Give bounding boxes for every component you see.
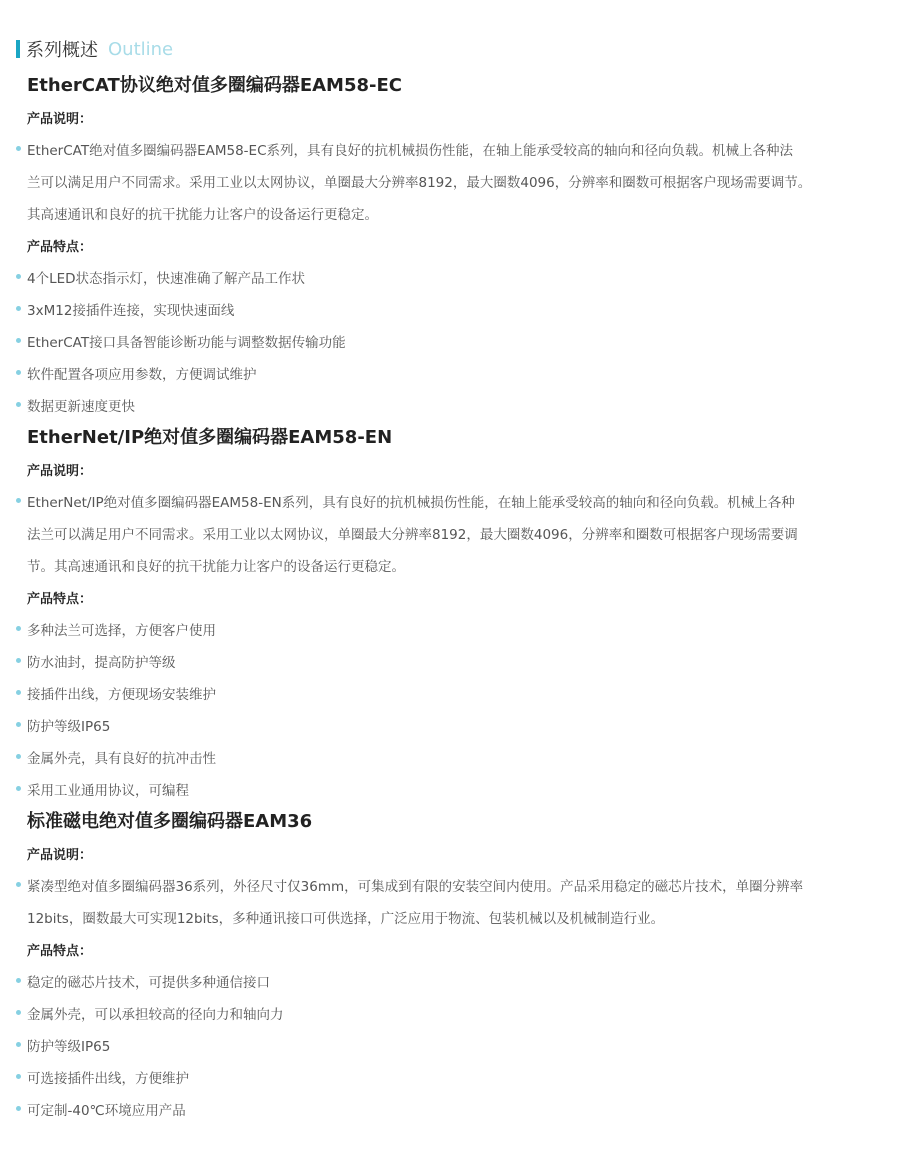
bullet-icon [16, 1010, 21, 1015]
description-line: 12bits，圈数最大可实现12bits，多种通讯接口可供选择，广泛应用于物流、… [27, 907, 664, 927]
feature-item: 多种法兰可选择，方便客户使用 [27, 619, 216, 639]
bullet-icon [16, 786, 21, 791]
feature-item: 防护等级IP65 [27, 1035, 110, 1055]
bullet-icon [16, 1042, 21, 1047]
description-line: 其高速通讯和良好的抗干扰能力让客户的设备运行更稳定。 [27, 203, 378, 223]
feature-item: 采用工业通用协议，可编程 [27, 779, 189, 799]
feature-item: 3xM12接插件连接，实现快速面线 [27, 299, 234, 319]
feature-item: 金属外壳，具有良好的抗冲击性 [27, 747, 216, 767]
feature-item: 软件配置各项应用参数，方便调试维护 [27, 363, 257, 383]
feature-item: 4个LED状态指示灯，快速准确了解产品工作状 [27, 267, 305, 287]
feature-item: EtherCAT接口具备智能诊断功能与调整数据传输功能 [27, 331, 346, 351]
bullet-icon [16, 146, 21, 151]
bullet-icon [16, 274, 21, 279]
description-line: 紧凑型绝对值多圈编码器36系列，外径尺寸仅36mm，可集成到有限的安装空间内使用… [27, 875, 803, 895]
description-line: EtherCAT绝对值多圈编码器EAM58-EC系列，具有良好的抗机械损伤性能，… [27, 139, 793, 159]
bullet-icon [16, 1074, 21, 1079]
accent-bar [16, 40, 20, 58]
bullet-icon [16, 978, 21, 983]
features-label: 产品特点： [27, 940, 92, 959]
description-label: 产品说明： [27, 844, 92, 863]
bullet-icon [16, 626, 21, 631]
feature-item: 可选接插件出线，方便维护 [27, 1067, 189, 1087]
feature-item: 可定制-40℃环境应用产品 [27, 1099, 186, 1119]
feature-item: 数据更新速度更快 [27, 395, 135, 415]
product-title-eam58-en: EtherNet/IP绝对值多圈编码器EAM58-EN [27, 423, 392, 449]
description-line: 法兰可以满足用户不同需求。采用工业以太网协议，单圈最大分辨率8192，最大圈数4… [27, 523, 798, 543]
product-title-eam58-ec: EtherCAT协议绝对值多圈编码器EAM58-EC [27, 71, 402, 97]
header-title-cn: 系列概述 [26, 36, 98, 62]
bullet-icon [16, 1106, 21, 1111]
bullet-icon [16, 690, 21, 695]
section-header: 系列概述 Outline [16, 38, 173, 60]
description-label: 产品说明： [27, 108, 92, 127]
description-line: EtherNet/IP绝对值多圈编码器EAM58-EN系列，具有良好的抗机械损伤… [27, 491, 795, 511]
bullet-icon [16, 338, 21, 343]
description-line: 节。其高速通讯和良好的抗干扰能力让客户的设备运行更稳定。 [27, 555, 405, 575]
bullet-icon [16, 498, 21, 503]
header-title-en: Outline [108, 39, 173, 60]
features-label: 产品特点： [27, 588, 92, 607]
feature-item: 防水油封，提高防护等级 [27, 651, 176, 671]
features-label: 产品特点： [27, 236, 92, 255]
bullet-icon [16, 754, 21, 759]
bullet-icon [16, 370, 21, 375]
feature-item: 接插件出线，方便现场安装维护 [27, 683, 216, 703]
bullet-icon [16, 658, 21, 663]
feature-item: 金属外壳，可以承担较高的径向力和轴向力 [27, 1003, 284, 1023]
feature-item: 防护等级IP65 [27, 715, 110, 735]
bullet-icon [16, 722, 21, 727]
feature-item: 稳定的磁芯片技术，可提供多种通信接口 [27, 971, 270, 991]
bullet-icon [16, 402, 21, 407]
description-label: 产品说明： [27, 460, 92, 479]
description-line: 兰可以满足用户不同需求。采用工业以太网协议，单圈最大分辨率8192，最大圈数40… [27, 171, 811, 191]
bullet-icon [16, 306, 21, 311]
product-title-eam36: 标准磁电绝对值多圈编码器EAM36 [27, 807, 312, 833]
bullet-icon [16, 882, 21, 887]
